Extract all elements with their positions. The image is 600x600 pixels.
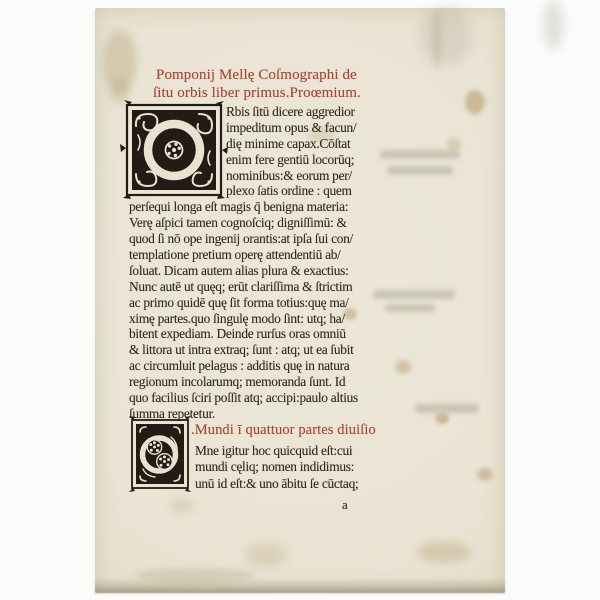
verso-show-through xyxy=(373,290,455,299)
text-line: Nunc autē ut quęq; erūt clariſſima & ſtr… xyxy=(129,279,352,295)
text-line: enim fere gentiū locorūq; xyxy=(226,152,354,168)
text-line: ſoluat. Dicam autem alias plura & exacti… xyxy=(129,263,349,279)
rubric-title-line1: Pomponij Mellę Coſmographi de xyxy=(156,66,357,84)
text-line: unū id eſt:& uno ābitu ſe cūctaq; xyxy=(195,476,358,492)
verso-show-through xyxy=(385,304,435,312)
photograph-of-incunabulum-page: Pomponij Mellę Coſmographi de ſitu orbis… xyxy=(0,0,600,600)
text-line: bitent expediam. Deinde rurſus oras omni… xyxy=(129,326,346,342)
text-line: Rbis ſitū dicere aggredior xyxy=(226,104,355,120)
quire-signature: a xyxy=(342,497,348,513)
foxing-stain xyxy=(109,78,129,104)
text-line: quod ſi nō ope ingenij orantis:at ipſa ſ… xyxy=(129,231,353,247)
rubric-title-line2: ſitu orbis liber primus.Proœmium. xyxy=(153,84,361,102)
text-line: perſequi longa eſt magis q̄ benigna mate… xyxy=(129,199,348,215)
foxing-stain xyxy=(170,498,194,514)
foxing-stain xyxy=(435,413,449,424)
text-line: nominibus:& eorum per/ xyxy=(226,168,352,184)
foxing-stain xyxy=(245,543,287,567)
foxing-stain xyxy=(447,138,461,150)
page-bottom-edge-shadow xyxy=(95,578,505,593)
text-line: dię minime capax.Cōſtat xyxy=(226,136,350,152)
foxing-stain xyxy=(420,6,472,66)
text-line: quo facilius ſciri poſſit atq; accipi:pa… xyxy=(129,390,358,406)
text-line: plexo ſatis ordine : quem xyxy=(226,183,352,199)
foxing-stain xyxy=(477,468,493,481)
text-line: Mne igitur hoc quicquid eſt:cui xyxy=(195,443,352,459)
crease-mark xyxy=(433,10,441,68)
rubric-section-heading: .Mundi ī quattuor partes diuiſio xyxy=(191,421,376,439)
woodcut-initial-O-small xyxy=(131,419,189,489)
text-line: regionum incolarumq; memoranda ſunt. Id xyxy=(129,374,345,390)
text-line: impeditum opus & facun/ xyxy=(226,120,356,136)
verso-show-through xyxy=(387,166,453,175)
text-line: templatione pretium operę attendentiū ab… xyxy=(129,247,341,263)
foxing-stain xyxy=(417,541,471,563)
text-line: Verę aſpici tamen cognoſciq; digniſſimū:… xyxy=(129,215,347,231)
text-line: ac primo quidē quę ſit forma totius:quę … xyxy=(129,295,349,311)
verso-show-through xyxy=(415,404,479,413)
book-page: Pomponij Mellę Coſmographi de ſitu orbis… xyxy=(95,8,505,593)
foxing-stain xyxy=(395,360,411,374)
foxing-stain xyxy=(465,90,485,114)
text-line: mundi cęliq; nomen indidimus: xyxy=(195,459,354,475)
text-line: ximę partes.quo ſingulę modo ſint: utq; … xyxy=(129,311,345,327)
woodcut-initial-O-large xyxy=(126,104,222,196)
verso-show-through xyxy=(380,150,460,159)
text-line: ac circumluit pelagus : additis quę in n… xyxy=(129,358,349,374)
text-line: & littora ut intra extraq; ſunt : atq; u… xyxy=(129,342,354,358)
backdrop-smudge xyxy=(543,0,563,50)
